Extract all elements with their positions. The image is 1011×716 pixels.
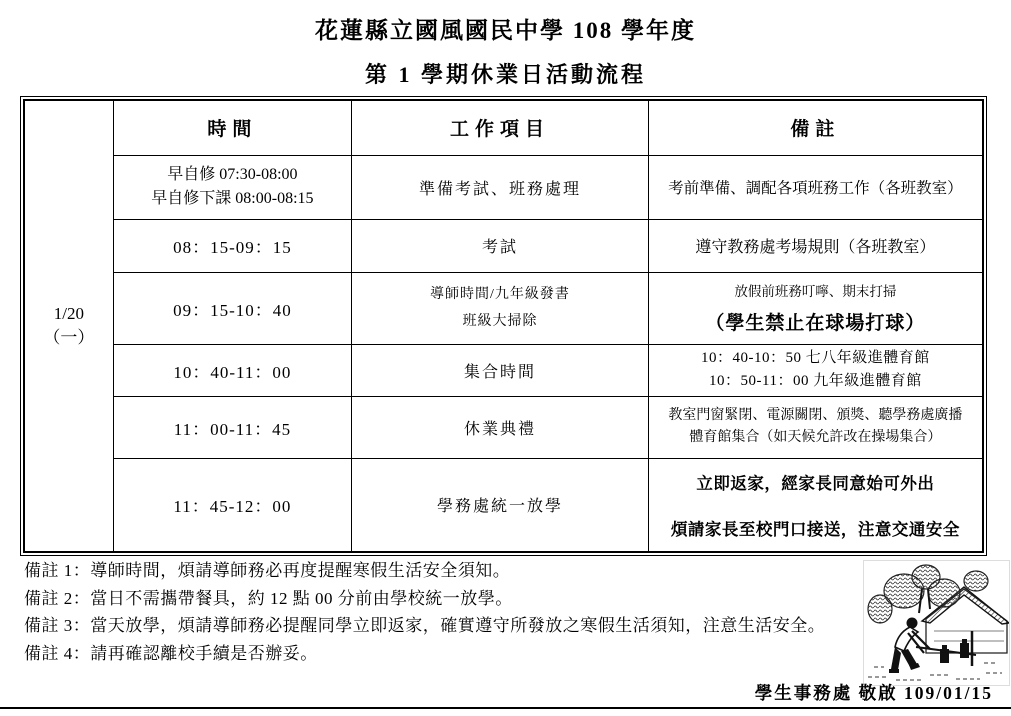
table-row: 11：00-11：45 休業典禮 教室門窗緊閉、電源關閉、頒獎、聽學務處廣播 體…: [24, 396, 983, 458]
note-text: 10：40-10：50 七八年級進體育館: [651, 347, 980, 370]
table-row: 11：45-12：00 學務處統一放學 立即返家，經家長同意始可外出 煩請家長至…: [24, 458, 983, 552]
time-text: 11：45-12：00: [113, 458, 351, 552]
weekday-value: （一）: [27, 326, 111, 350]
note-text: 教室門窗緊閉、電源關閉、頒獎、聽學務處廣播: [651, 405, 980, 427]
farmer-at-water-pump-illustration: [863, 560, 1010, 686]
column-header-time: 時間: [113, 100, 351, 155]
table-row: 早自修 07:30-08:00 早自修下課 08:00-08:15 準備考試、班…: [24, 155, 983, 219]
footnote-3: 備註 3：當天放學，煩請導師務必提醒同學立即返家，確實遵守所發放之寒假生活須知，…: [24, 612, 864, 640]
column-header-note: 備註: [648, 100, 983, 155]
date-value: 1/20: [27, 302, 111, 326]
note-text: 體育館集合（如天候允許改在操場集合）: [651, 427, 980, 449]
time-text: 10：40-11：00: [113, 344, 351, 396]
note-text: 10：50-11：00 九年級進體育館: [651, 370, 980, 393]
note-emphasis-text: （學生禁止在球場打球）: [651, 308, 980, 335]
time-text: 11：00-11：45: [113, 396, 351, 458]
note-text: 遵守教務處考場規則（各班教室）: [648, 219, 983, 272]
column-header-task: 工作項目: [352, 100, 649, 155]
footnote-1: 備註 1：導師時間，煩請導師務必再度提醒寒假生活安全須知。: [24, 557, 864, 585]
time-text: 08：15-09：15: [113, 219, 351, 272]
task-text: 班級大掃除: [354, 308, 646, 335]
note-emphasis-text: 煩請家長至校門口接送，注意交通安全: [651, 516, 980, 540]
table-row: 09：15-10：40 導師時間/九年級發書 班級大掃除 放假前班務叮嚀、期末打…: [24, 272, 983, 344]
footnote-2: 備註 2：當日不需攜帶餐具，約 12 點 00 分前由學校統一放學。: [24, 585, 864, 613]
table-row: 10：40-11：00 集合時間 10：40-10：50 七八年級進體育館 10…: [24, 344, 983, 396]
footnotes-block: 備註 1：導師時間，煩請導師務必再度提醒寒假生活安全須知。 備註 2：當日不需攜…: [24, 557, 864, 667]
schedule-table-frame: 1/20 （一） 時間 工作項目 備註 早自修 07:30-08:00 早自修下…: [20, 96, 987, 556]
note-emphasis-text: 立即返家，經家長同意始可外出: [651, 470, 980, 494]
task-text: 集合時間: [352, 344, 649, 396]
task-text: 學務處統一放學: [352, 458, 649, 552]
task-text: 準備考試、班務處理: [352, 155, 649, 219]
time-text: 早自修下課 08:00-08:15: [116, 187, 349, 211]
table-row: 08：15-09：15 考試 遵守教務處考場規則（各班教室）: [24, 219, 983, 272]
time-text: 早自修 07:30-08:00: [116, 163, 349, 187]
document-page: { "document": { "title": "花蓮縣立國風國民中學 108…: [0, 0, 1011, 716]
task-text: 考試: [352, 219, 649, 272]
task-text: 休業典禮: [352, 396, 649, 458]
page-title: 花蓮縣立國風國民中學 108 學年度: [0, 12, 1011, 45]
date-cell: 1/20 （一）: [24, 100, 113, 552]
page-bottom-rule: [0, 707, 1011, 709]
task-text: 導師時間/九年級發書: [354, 281, 646, 308]
note-text: 考前準備、調配各項班務工作（各班教室）: [648, 155, 983, 219]
signature-line: 學生事務處 敬啟 109/01/15: [755, 680, 993, 705]
time-text: 09：15-10：40: [113, 272, 351, 344]
page-subtitle: 第 1 學期休業日活動流程: [0, 58, 1011, 89]
footnote-4: 備註 4：請再確認離校手續是否辦妥。: [24, 640, 864, 668]
schedule-table: 1/20 （一） 時間 工作項目 備註 早自修 07:30-08:00 早自修下…: [23, 99, 984, 553]
note-text: 放假前班務叮嚀、期末打掃: [651, 282, 980, 302]
